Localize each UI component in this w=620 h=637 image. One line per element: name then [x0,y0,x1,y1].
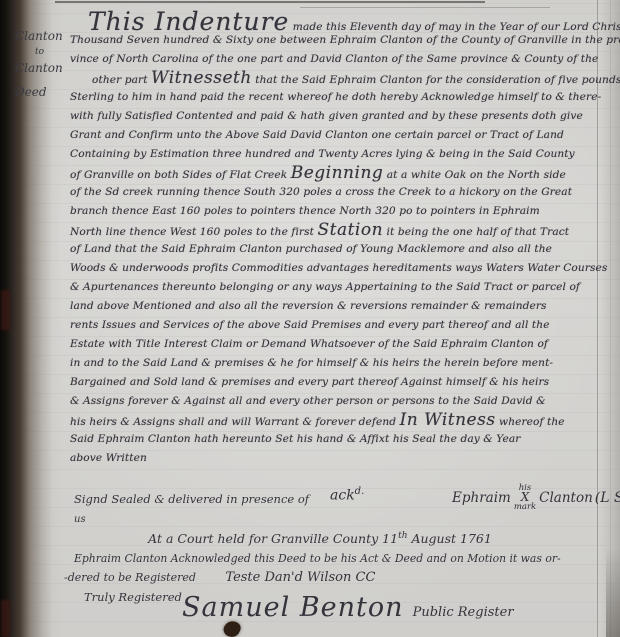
court-order-line: -dered to be Registered Teste Dan'd Wils… [64,570,375,585]
truly-registered-note: Truly Registered [84,590,182,604]
register-title: Public Register [413,605,514,620]
deed-line: Sterling to him in hand paid the recent … [70,88,598,107]
witness-abbrev: us [74,514,86,525]
deed-line: of Land that the Said Ephraim Clanton pu… [70,240,598,259]
page-right-edge-shading [600,0,620,637]
binding-ink-streak [1,600,10,637]
register-signature: Samuel Benton Public Register [182,592,514,623]
mark-word-label: mark [514,503,536,511]
margin-to: to [35,48,73,56]
deed-line: Estate with Title Interest Claim or Dema… [70,335,598,354]
signer-last-name: Clanton [539,490,593,506]
deed-line: Containing by Estimation three hundred a… [70,145,598,164]
deed-line: rents Issues and Services of the above S… [70,316,598,335]
binding-ink-streak [1,290,10,330]
page-corner-shadow [606,547,620,637]
deed-line: Said Ephraim Clanton hath hereunto Set h… [70,430,598,449]
deed-scan-page: Clanton to Clanton Deed This Indenture m… [0,0,620,637]
page-top-edge-faint [300,7,550,8]
deed-line: of the Sd creek running thence South 320… [70,183,598,202]
seal-mark: (L S) [595,490,620,506]
grantor-signature: Ephraim his X mark Clanton (L S) [452,484,620,511]
deed-line: land above Mentioned and also all the re… [70,297,598,316]
deed-line: other part Witnesseth that the Said Ephr… [70,69,598,88]
deed-line: above Written [70,449,598,468]
margin-doc-type: Deed [15,85,47,99]
deed-line: with fully Satisfied Contented and paid … [70,107,598,126]
margin-party-bottom: Clanton [15,61,63,75]
deed-line: & Apurtenances thereunto belonging or an… [70,278,598,297]
deed-line: in and to the Said Land & premises & he … [70,354,598,373]
signer-first-name: Ephraim [452,490,511,506]
register-name: Samuel Benton [182,592,404,623]
deed-line: This Indenture made this Eleventh day of… [70,12,598,31]
deed-line: Grant and Confirm unto the Above Said Da… [70,126,598,145]
deed-line: of Granville on both Sides of Flat Creek… [70,164,598,183]
court-acknowledgement-line: Ephraim Clanton Acknowledged this Deed t… [74,552,561,565]
deed-line: vince of North Carolina of the one part … [70,50,598,69]
court-session-heading: At a Court held for Granville County 11t… [80,531,560,546]
deed-line: branch thence East 160 poles to pointers… [70,202,598,221]
deed-body-text: This Indenture made this Eleventh day of… [70,12,598,468]
margin-party-top: Clanton [15,29,63,43]
deed-line: Woods & underwoods profits Commodities a… [70,259,598,278]
signed-sealed-line: Signd Sealed & delivered in presence of [74,492,309,506]
margin-docket-note: Clanton to Clanton Deed [15,24,73,104]
deed-line: Thousand Seven hundred & Sixty one betwe… [70,31,598,50]
deed-line: Bargained and Sold land & premises and e… [70,373,598,392]
his-mark: his X mark [514,484,536,511]
page-top-edge [55,1,485,3]
deed-line: his heirs & Assigns shall and will Warra… [70,411,598,430]
deed-line: North line thence West 160 poles to the … [70,221,598,240]
acknowledged-abbrev: ackd. [330,486,364,504]
clerk-teste: Teste Dan'd Wilson CC [225,570,375,585]
deed-line: & Assigns forever & Against all and ever… [70,392,598,411]
attestation-block: Signd Sealed & delivered in presence of … [72,484,598,528]
